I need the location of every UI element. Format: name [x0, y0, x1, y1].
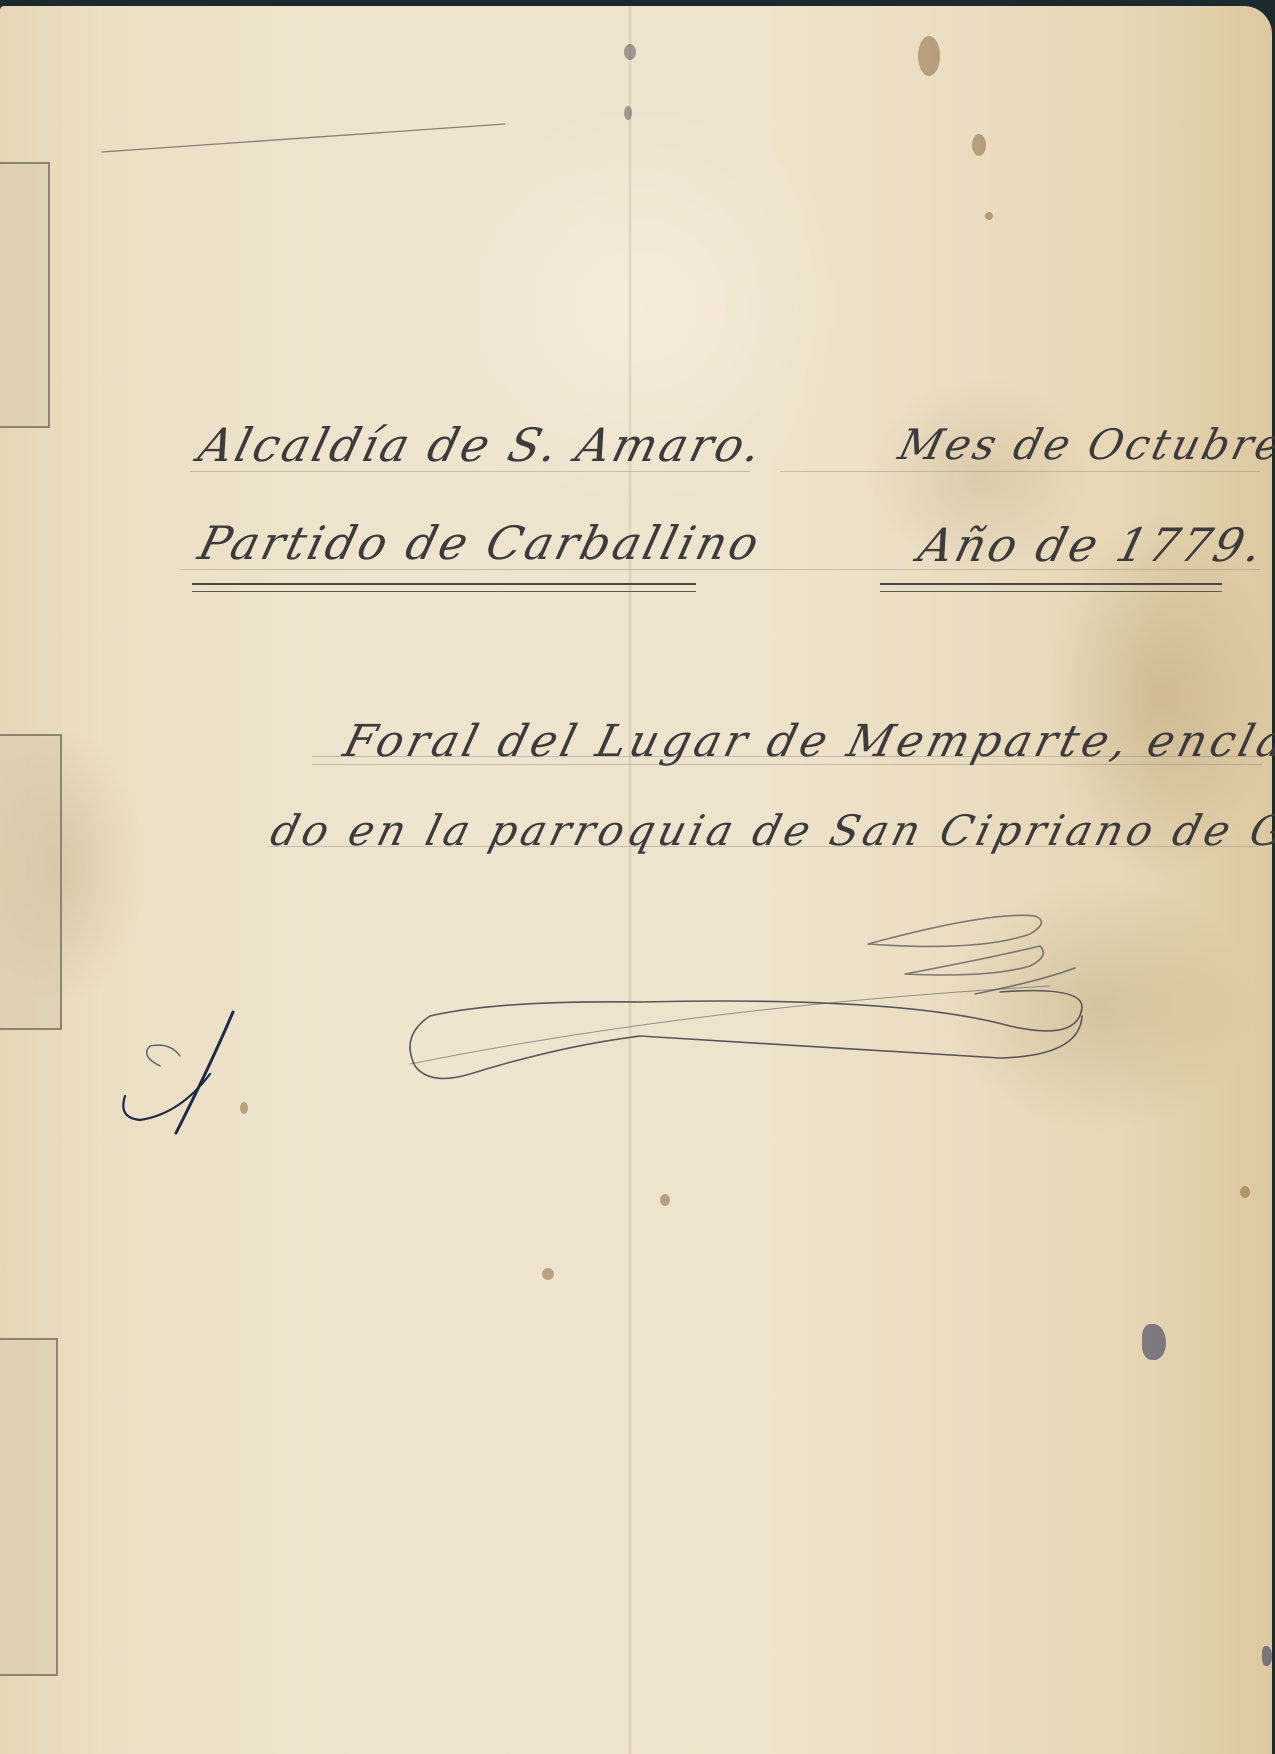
- margin-mark-a: [123, 1012, 233, 1133]
- document-page: Alcaldía de S. Amaro. Partido de Carball…: [0, 6, 1272, 1754]
- decorative-flourish: [0, 6, 1272, 1754]
